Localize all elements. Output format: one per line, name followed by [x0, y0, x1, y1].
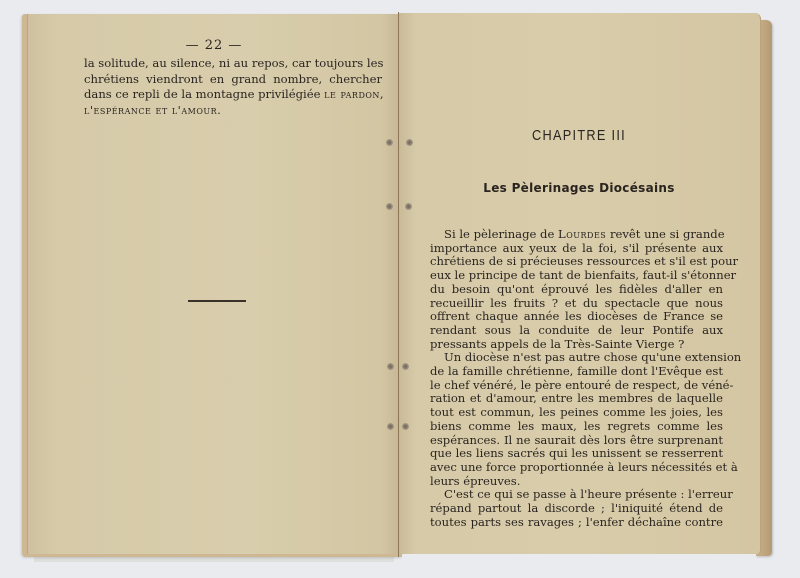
stitch-hole-icon — [406, 139, 413, 146]
small-caps-text: Lourdes — [558, 227, 606, 241]
book-spine — [398, 12, 399, 557]
small-caps-text: le pardon, — [324, 87, 384, 101]
page-number: — 22 — — [28, 38, 400, 53]
stitch-hole-icon — [405, 203, 412, 210]
text-line: de la famille chrétienne, famille dont l… — [430, 365, 723, 379]
section-separator — [188, 300, 246, 302]
text-line: chrétiens viendront en grand nombre, che… — [84, 72, 382, 88]
chapter-title: CHAPITRE III — [425, 127, 733, 144]
text-line: recueillir les fruits ? et du spectacle … — [430, 297, 723, 311]
text-line: ration et d'amour, entre les membres de … — [430, 392, 723, 406]
text-line: importance aux yeux de la foi, s'il prés… — [430, 242, 723, 256]
text-line: l'espérance et l'amour. — [84, 103, 382, 119]
text-line: C'est ce qui se passe à l'heure présente… — [430, 488, 723, 502]
text-line: eux le principe de tant de bienfaits, fa… — [430, 269, 723, 283]
text-line: la solitude, au silence, ni au repos, ca… — [84, 56, 382, 72]
right-page: CHAPITRE III Les Pèlerinages Diocésains … — [398, 13, 761, 554]
text-line: tout est commun, les peines comme les jo… — [430, 406, 723, 420]
open-book: — 22 — la solitude, au silence, ni au re… — [0, 0, 800, 578]
text-line: que les liens sacrés qui les unissent se… — [430, 447, 723, 461]
text-line: du besoin qu'ont éprouvé les fidèles d'a… — [430, 283, 723, 297]
left-page: — 22 — la solitude, au silence, ni au re… — [27, 14, 400, 554]
text-line: biens comme les maux, les regrets comme … — [430, 420, 723, 434]
text-line: dans ce repli de la montagne privilégiée… — [84, 87, 382, 103]
text-line: avec une force proportionnée à leurs néc… — [430, 461, 723, 475]
stitch-hole-icon — [402, 423, 409, 430]
text-line: espérances. Il ne saurait dès lors être … — [430, 434, 723, 448]
text-line: leurs épreuves. — [430, 475, 723, 489]
left-page-text: la solitude, au silence, ni au repos, ca… — [84, 56, 382, 118]
stitch-hole-icon — [387, 423, 394, 430]
text-line: offrent chaque année les diocèses de Fra… — [430, 310, 723, 324]
text-line: Un diocèse n'est pas autre chose qu'une … — [430, 351, 723, 365]
text-line: chrétiens de si précieuses ressources et… — [430, 255, 723, 269]
text-line: Si le pèlerinage de Lourdes revêt une si… — [430, 228, 723, 242]
stitch-hole-icon — [386, 203, 393, 210]
stitch-hole-icon — [402, 363, 409, 370]
text-line: le chef vénéré, le père entouré de respe… — [430, 379, 723, 393]
text-line: rendant sous la conduite de leur Pontife… — [430, 324, 723, 338]
text-line: toutes parts ses ravages ; l'enfer décha… — [430, 516, 723, 530]
stitch-hole-icon — [386, 139, 393, 146]
text-line: pressants appels de la Très-Sainte Vierg… — [430, 338, 723, 352]
stitch-hole-icon — [387, 363, 394, 370]
right-page-text: Si le pèlerinage de Lourdes revêt une si… — [430, 228, 723, 529]
section-title: Les Pèlerinages Diocésains — [398, 181, 760, 195]
text-line: répand partout la discorde ; l'iniquité … — [430, 502, 723, 516]
